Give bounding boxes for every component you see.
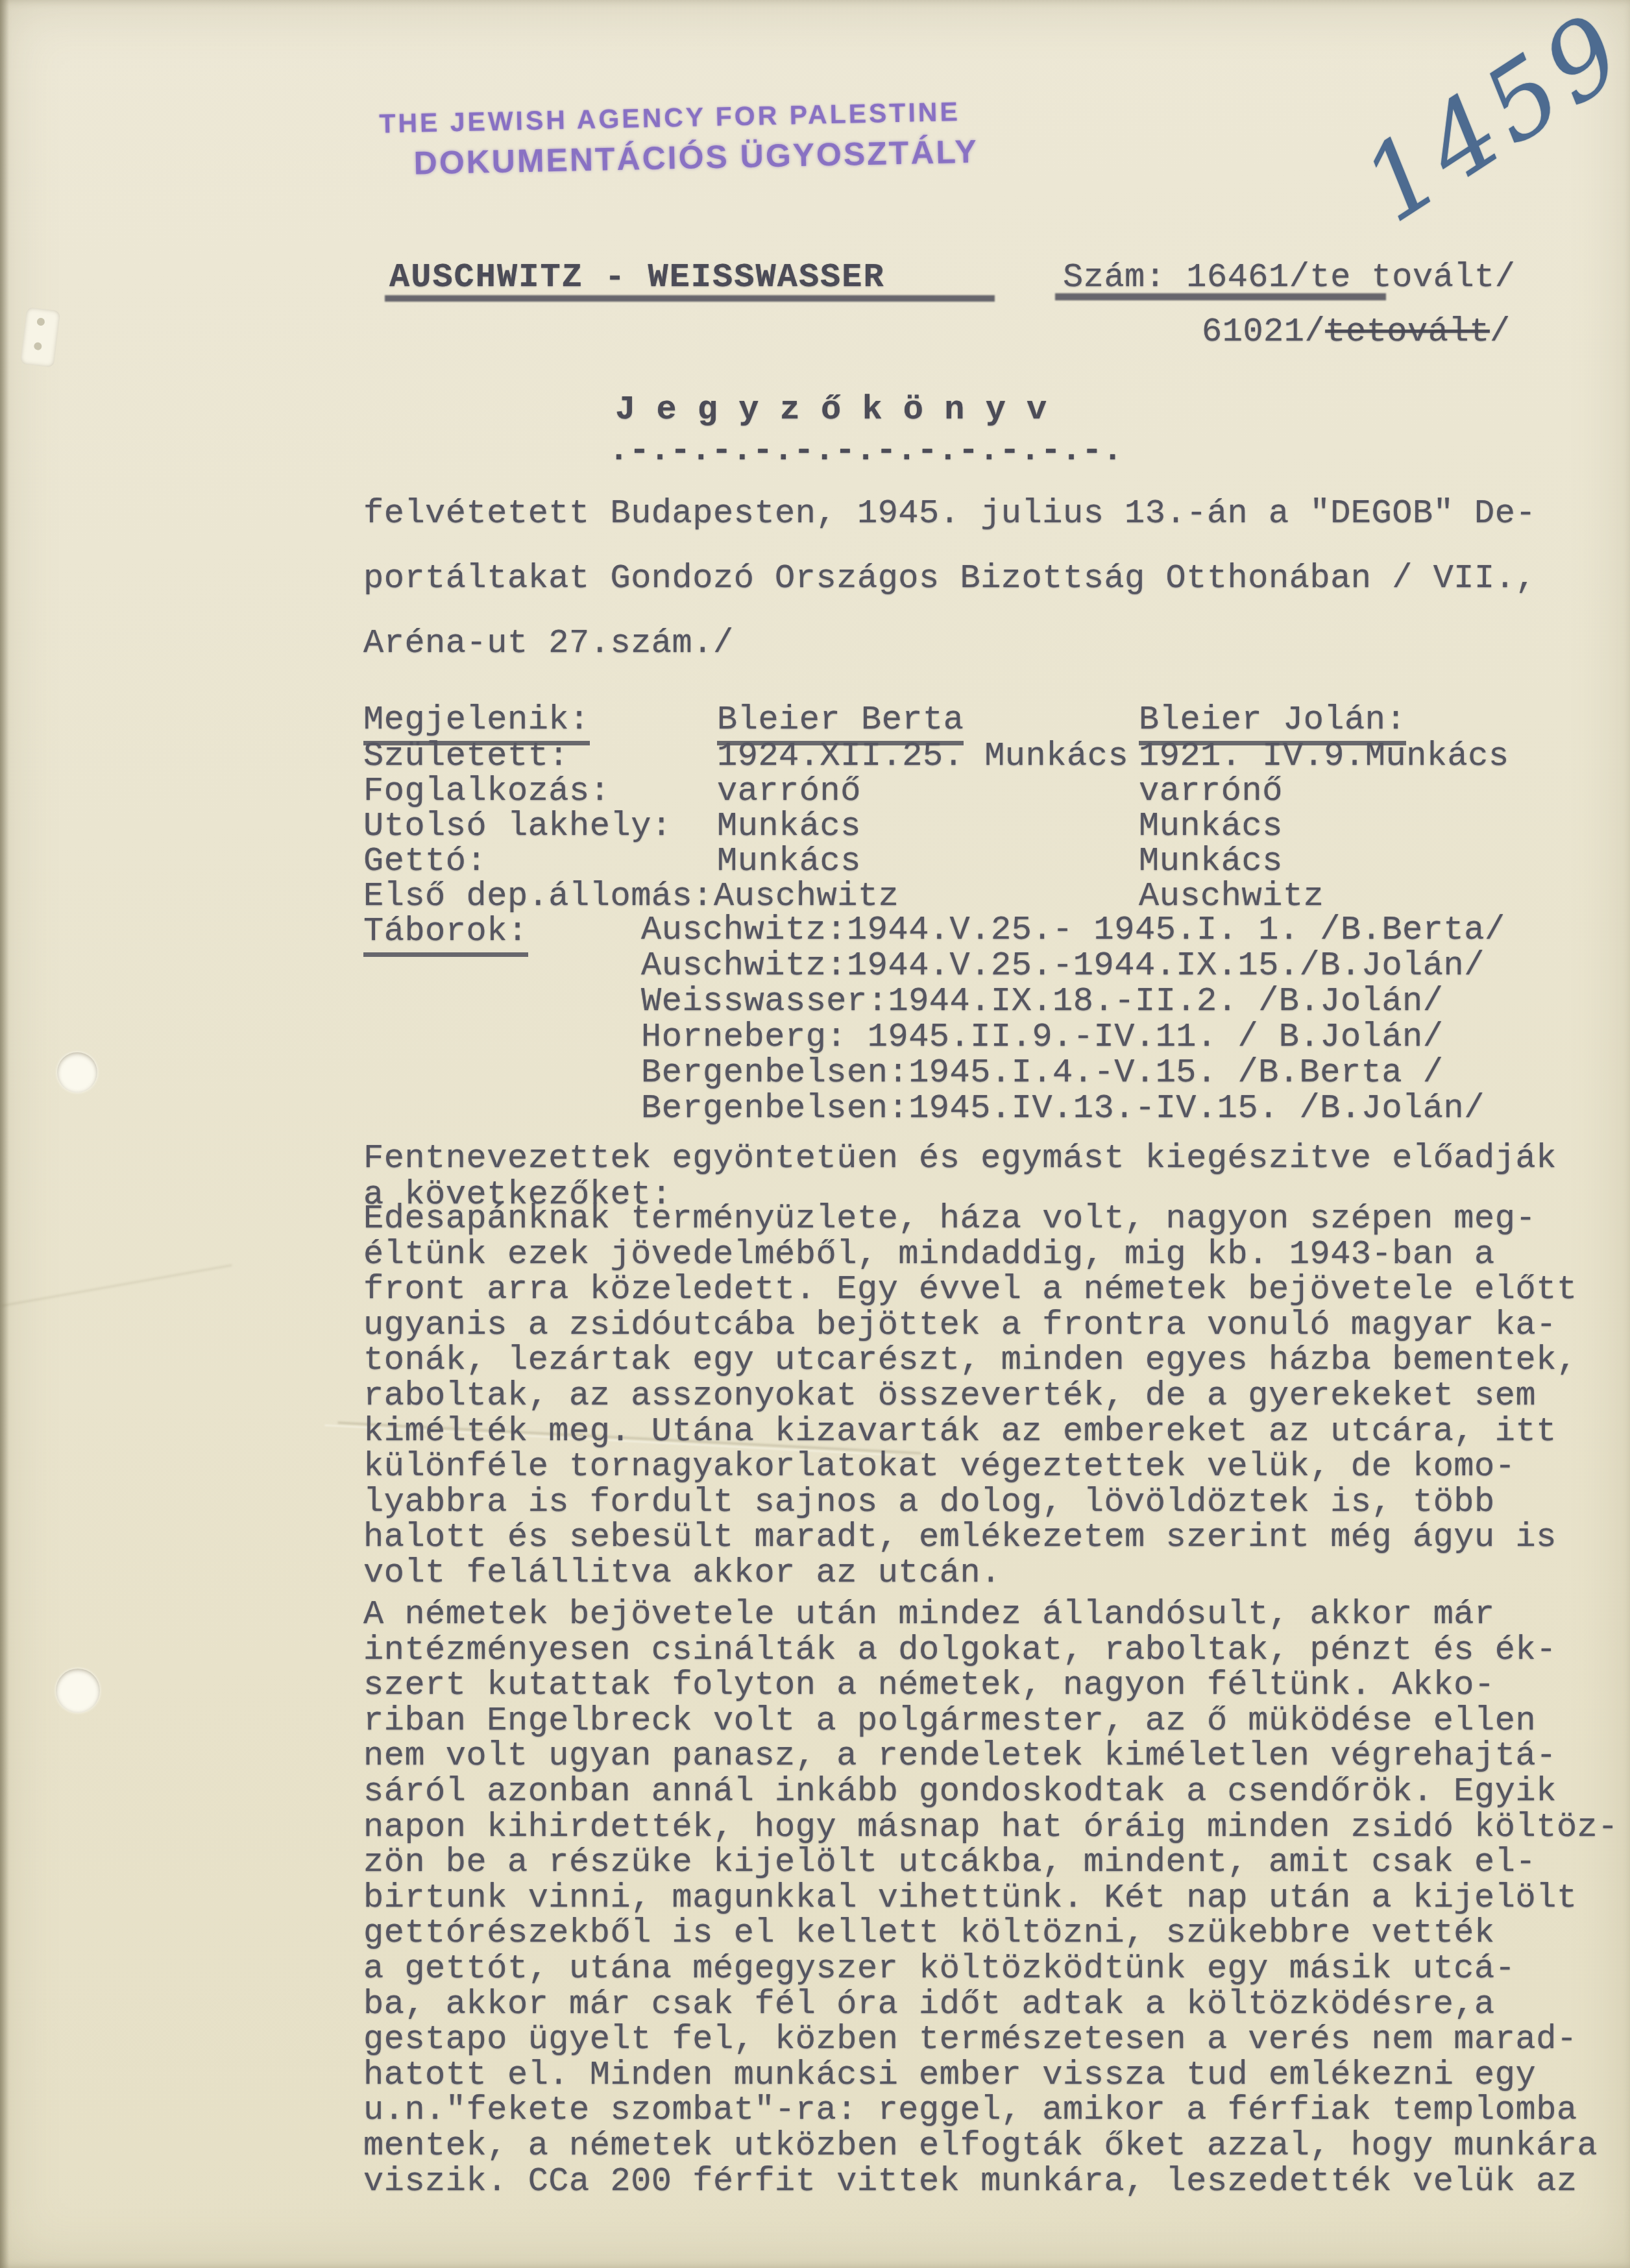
person1-birth: 1924.XII.25. Munkács xyxy=(717,737,1128,775)
person2-ghetto: Munkács xyxy=(1139,842,1283,880)
paper-chip xyxy=(20,307,60,368)
file-number-line2: 61021/tetovált/ xyxy=(1202,313,1511,351)
hole-punch-bottom xyxy=(56,1669,100,1713)
row-label-foglalkozas: Foglalkozás: xyxy=(363,772,610,810)
intro-paragraph: felvétetett Budapesten, 1945. julius 13.… xyxy=(363,481,1536,676)
stamp-line2: DOKUMENTÁCIÓS ÜGYOSZTÁLY xyxy=(413,132,979,182)
person2-occupation: varrónő xyxy=(1139,772,1283,810)
file-number-line2-suffix: / xyxy=(1490,313,1511,351)
person2-birth: 1921. IV.9.Munkács xyxy=(1139,737,1509,775)
camps-heading-underline xyxy=(385,295,995,302)
camps-heading: AUSCHWITZ - WEISSWASSER xyxy=(389,258,885,296)
row-label-szuletett: Született: xyxy=(363,737,569,775)
chip-dot xyxy=(36,317,45,326)
hole-punch-top xyxy=(57,1052,97,1092)
person2-first-station: Auschwitz xyxy=(1139,877,1324,915)
person1-occupation: varrónő xyxy=(717,772,861,810)
row-label-depallomas: Első dep.állomás: xyxy=(363,877,713,915)
scan-edge-shadow xyxy=(0,0,9,2268)
row-label-taborok: Táborok: xyxy=(363,912,528,957)
agency-stamp: THE JEWISH AGENCY FOR PALESTINE DOKUMENT… xyxy=(379,96,979,182)
handwritten-number: 1459 xyxy=(1343,0,1630,246)
file-number-line2-prefix: 61021/ xyxy=(1202,313,1325,351)
row-label-getto: Gettó: xyxy=(363,842,487,880)
row-label-lakhely: Utolsó lakhely: xyxy=(363,807,672,845)
stamp-line1: THE JEWISH AGENCY FOR PALESTINE xyxy=(379,96,978,139)
camps-list: Auschwitz:1944.V.25.- 1945.I. 1. /B.Bert… xyxy=(641,912,1505,1126)
person1-first-station: Auschwitz xyxy=(714,877,899,915)
file-number-line2-struck: tetovált xyxy=(1325,313,1490,351)
document-page: THE JEWISH AGENCY FOR PALESTINE DOKUMENT… xyxy=(0,0,1630,2268)
paper-crease xyxy=(1,1264,232,1307)
testimony-paragraph-1: Édesapánknak terményüzlete, háza volt, n… xyxy=(363,1201,1577,1591)
testimony-paragraph-2: A németek bejövetele után mindez állandó… xyxy=(363,1597,1618,2199)
protocol-title: J e g y z ő k ö n y v xyxy=(615,391,1047,429)
file-number-line1: Szám: 16461/te tovált/ xyxy=(1063,258,1516,296)
person2-residence: Munkács xyxy=(1139,807,1283,845)
person1-ghetto: Munkács xyxy=(717,842,861,880)
file-number-underline xyxy=(1055,293,1386,300)
chip-dot xyxy=(34,342,42,350)
person1-residence: Munkács xyxy=(717,807,861,845)
protocol-title-underline: .-.-.-.-.-.-.-.-.-.-.-.-. xyxy=(609,431,1123,470)
